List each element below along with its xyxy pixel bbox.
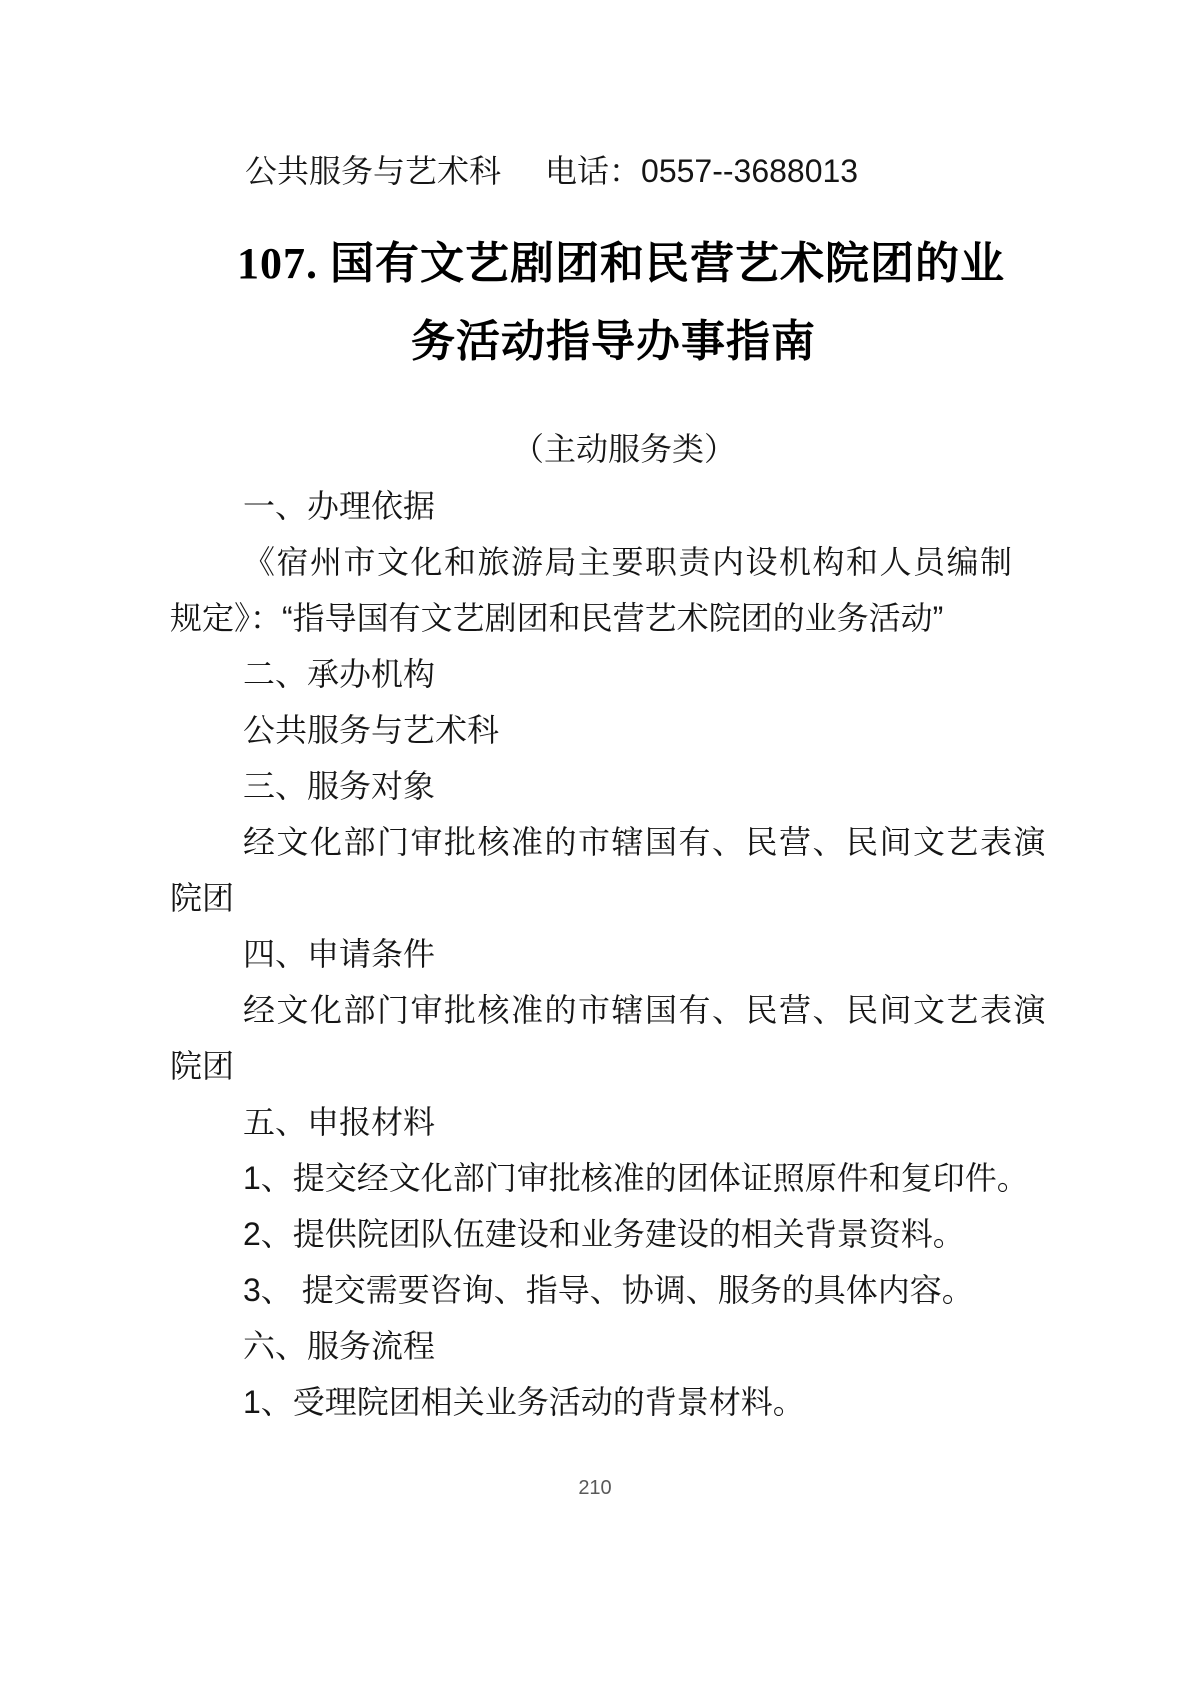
body-line: 四、申请条件 — [170, 926, 1040, 982]
body-line: 《宿州市文化和旅游局主要职责内设机构和人员编制 — [170, 534, 1040, 590]
doc-title-line-1: 107. 国有文艺剧团和民营艺术院团的业 — [237, 225, 1005, 303]
service-category-subtitle: （主动服务类） — [512, 422, 736, 477]
header-line: 公共服务与艺术科 电话：0557--3688013 — [245, 144, 858, 199]
body-line: 经文化部门审批核准的市辖国有、民营、民间文艺表演 — [170, 982, 1040, 1038]
body-line: 规定》：“指导国有文艺剧团和民营艺术院团的业务活动” — [170, 590, 1040, 646]
body-line: 三、服务对象 — [170, 758, 1040, 814]
body-line: 一、办理依据 — [170, 478, 1040, 534]
body-line: 公共服务与艺术科 — [170, 702, 1040, 758]
body-text: 一、办理依据《宿州市文化和旅游局主要职责内设机构和人员编制规定》：“指导国有文艺… — [170, 478, 1040, 1430]
body-line: 院团 — [170, 1038, 1040, 1094]
department-label: 公共服务与艺术科 — [245, 144, 501, 199]
body-line: 五、申报材料 — [170, 1094, 1040, 1150]
document-page: 公共服务与艺术科 电话：0557--3688013 107. 国有文艺剧团和民营… — [0, 0, 1190, 1683]
body-line: 院团 — [170, 870, 1040, 926]
body-line: 1、提交经文化部门审批核准的团体证照原件和复印件。 — [170, 1150, 1040, 1206]
body-line: 经文化部门审批核准的市辖国有、民营、民间文艺表演 — [170, 814, 1040, 870]
doc-title-line-2: 务活动指导办事指南 — [411, 303, 816, 381]
body-line: 二、承办机构 — [170, 646, 1040, 702]
body-line: 2、提供院团队伍建设和业务建设的相关背景资料。 — [170, 1206, 1040, 1262]
body-line: 六、服务流程 — [170, 1318, 1040, 1374]
phone-label: 电话：0557--3688013 — [545, 144, 858, 199]
page-number: 210 — [0, 1474, 1190, 1502]
body-line: 1、受理院团相关业务活动的背景材料。 — [170, 1374, 1040, 1430]
body-line: 3、 提交需要咨询、指导、协调、服务的具体内容。 — [170, 1262, 1040, 1318]
